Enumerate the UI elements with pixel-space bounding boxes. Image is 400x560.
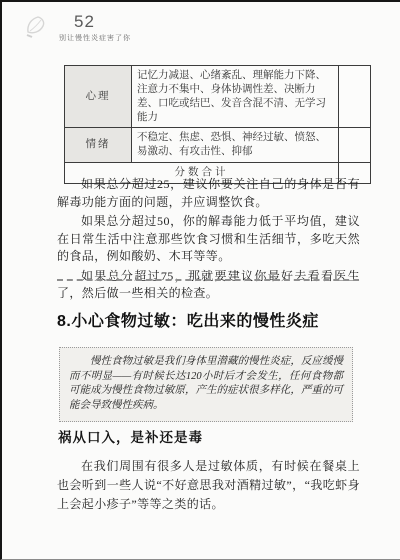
body-paragraph: 在我们周围有很多人是过敏体质，有时候在餐桌上也会听到一些人说“不好意思我对酒精过… [57,457,360,514]
row-label-psychology: 心理 [65,66,132,128]
advice-paragraphs: 如果总分超过25，建议你要关注自己的身体是否有解毒功能方面的问题，并应调整饮食。… [57,176,360,305]
paragraph-score-75: 如果总分超过75，那就要建议你最好去看看医生了，然后做一些相关的检查。 [57,268,360,303]
sub-heading: 祸从口入，是补还是毒 [58,426,203,446]
score-cell-empty [339,66,371,128]
paragraph-score-50: 如果总分超过50，你的解毒能力低于平均值，建议在日常生活中注意那些饮食习惯和生活… [57,213,360,266]
quote-text: 慢性食物过敏是我们身体里潜藏的慢性炎症，反应缓慢而不明显——有时候长达120小时… [69,355,343,413]
symptom-score-table: 心理 记忆力减退、心绪紊乱、理解能力下降、注意力不集中、身体协调性差、决断力差、… [64,65,371,184]
page-number: 52 [74,12,95,32]
table-row: 情绪 不稳定、焦虑、恐惧、神经过敏、愤怒、易激动、有攻击性、抑郁 [65,128,371,163]
section-heading: 8.小心食物过敏：吃出来的慢性炎症 [57,308,319,331]
row-content-emotion: 不稳定、焦虑、恐惧、神经过敏、愤怒、易激动、有攻击性、抑郁 [132,128,339,163]
dashed-separator [57,279,359,281]
leaf-logo-icon [24,15,52,41]
book-page: 52 别让慢性炎症害了你 心理 记忆力减退、心绪紊乱、理解能力下降、注意力不集中… [0,0,400,560]
table-row: 心理 记忆力减退、心绪紊乱、理解能力下降、注意力不集中、身体协调性差、决断力差、… [65,66,371,128]
highlight-quote-box: 慢性食物过敏是我们身体里潜藏的慢性炎症，反应缓慢而不明显——有时候长达120小时… [59,347,353,422]
running-head-book-title: 别让慢性炎症害了你 [59,33,131,43]
row-label-emotion: 情绪 [65,128,132,163]
paragraph-score-25: 如果总分超过25，建议你要关注自己的身体是否有解毒功能方面的问题，并应调整饮食。 [57,176,360,211]
section-body: 在我们周围有很多人是过敏体质，有时候在餐桌上也会听到一些人说“不好意思我对酒精过… [57,457,360,514]
row-content-psychology: 记忆力减退、心绪紊乱、理解能力下降、注意力不集中、身体协调性差、决断力差、口吃或… [132,66,339,128]
score-cell-empty [339,128,371,163]
